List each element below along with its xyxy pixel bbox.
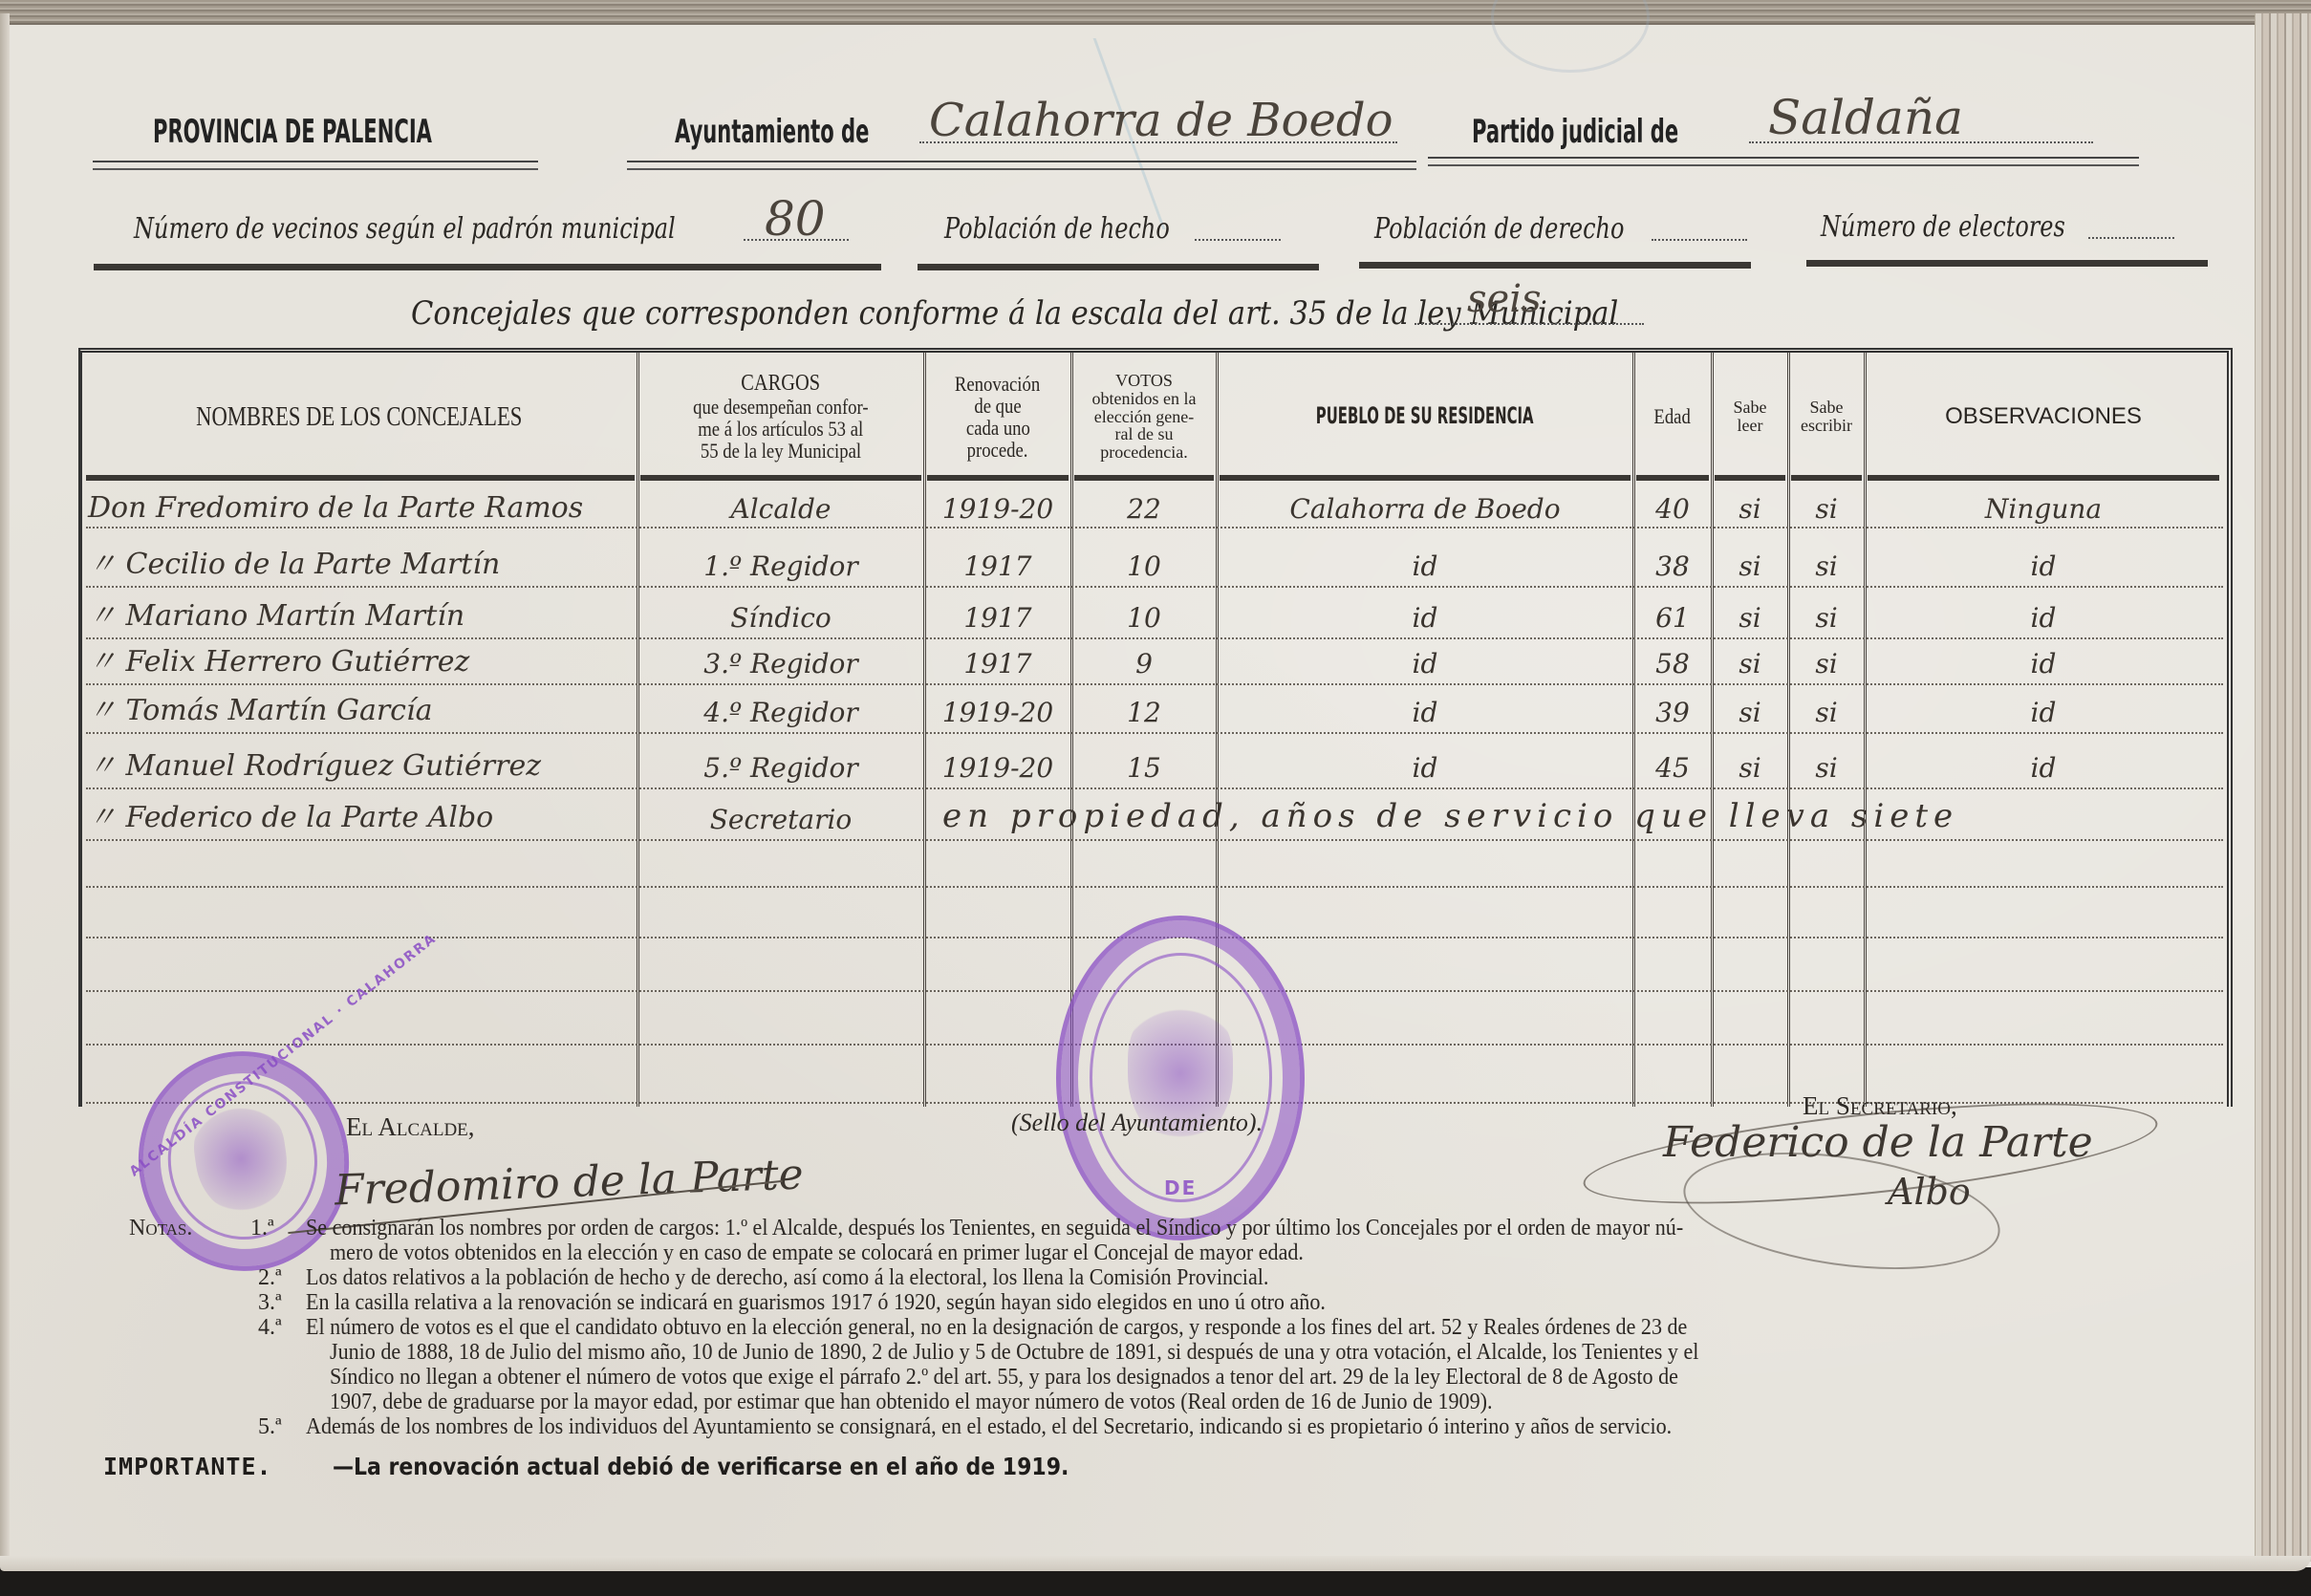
book-top-edge — [0, 0, 2311, 25]
note-line: Se consignarán los nombres por orden de … — [306, 1216, 1683, 1240]
cell-edad: 45 — [1634, 740, 1711, 789]
cell-votos: 10 — [1072, 538, 1216, 588]
ayuntamiento-label: Ayuntamiento de — [675, 113, 869, 151]
cell-nombre: 〃 Tomás Martín García — [88, 684, 635, 734]
header-nombres: NOMBRES DE LOS CONCEJALES — [82, 360, 637, 473]
alcalde-signature: Fredomiro de la Parte — [334, 1150, 804, 1215]
poblacion-derecho-field[interactable] — [1652, 239, 1747, 241]
cell-leer: si — [1713, 636, 1787, 685]
poblacion-hecho-label: Población de hecho — [944, 212, 1170, 246]
cell-leer: si — [1713, 684, 1787, 734]
note-line: Los datos relativos a la población de he… — [306, 1265, 1268, 1290]
ayuntamiento-underline — [627, 161, 1416, 170]
header-votos-line: obtenidos en la — [1092, 390, 1197, 408]
note-line: mero de votos obtenidos en la elección y… — [330, 1240, 1304, 1265]
concejales-value: seis — [1467, 277, 1542, 321]
poblacion-derecho-rule — [1359, 262, 1751, 269]
cell-edad: 58 — [1634, 636, 1711, 685]
cell-escribir: si — [1789, 740, 1864, 789]
cell-pueblo: id — [1218, 538, 1632, 588]
header-votos-line: procedencia. — [1100, 443, 1187, 462]
cell-leer: si — [1713, 590, 1787, 639]
cell-edad: 39 — [1634, 684, 1711, 734]
notes-label: Notas. — [129, 1216, 192, 1240]
cell-observaciones: id — [1866, 636, 2221, 685]
cell-pueblo: id — [1218, 636, 1632, 685]
cell-escribir: si — [1789, 538, 1864, 588]
header-pueblo: PUEBLO DE SU RESIDENCIA — [1218, 360, 1632, 473]
cell-cargo: Secretario — [638, 791, 923, 841]
cell-votos: 10 — [1072, 590, 1216, 639]
cell-observaciones: id — [1866, 684, 2221, 734]
page-bottom-edge — [0, 1556, 2311, 1571]
ayuntamiento-value: Calahorra de Boedo — [929, 94, 1393, 147]
header-sabe-escribir: Sabe escribir — [1789, 360, 1864, 473]
note-line: Junio de 1888, 18 de Julio del mismo año… — [330, 1340, 1698, 1365]
concejales-label: Concejales que corresponden conforme á l… — [411, 294, 1618, 333]
cell-nombre: 〃 Federico de la Parte Albo — [88, 791, 635, 841]
partido-underline — [1428, 157, 2139, 166]
cell-leer: si — [1713, 538, 1787, 588]
header-escribir-line: escribir — [1801, 417, 1852, 435]
cell-observaciones: id — [1866, 590, 2221, 639]
note-line: Síndico no llegan a obtener el número de… — [330, 1365, 1678, 1390]
header-edad-label: Edad — [1654, 405, 1691, 427]
cell-escribir: si — [1789, 590, 1864, 639]
cell-renovacion: 1919-20 — [925, 740, 1070, 789]
cell-leer: si — [1713, 481, 1787, 530]
note-line: Además de los nombres de los individuos … — [306, 1414, 1672, 1439]
cell-nombre: 〃 Manuel Rodríguez Gutiérrez — [88, 740, 635, 789]
header-cargos-line: que desempeñan confor- — [693, 396, 868, 418]
important-label: IMPORTANTE. — [103, 1455, 272, 1479]
header-cargos-line: 55 de la ley Municipal — [701, 440, 861, 462]
vecinos-rule — [94, 264, 881, 270]
header-pueblo-label: PUEBLO DE SU RESIDENCIA — [1316, 404, 1534, 428]
header-votos-title: VOTOS — [1115, 372, 1173, 390]
cell-nombre: 〃 Mariano Martín Martín — [88, 590, 635, 639]
header-sabe-leer: Sabe leer — [1713, 360, 1787, 473]
cell-votos: 15 — [1072, 740, 1216, 789]
important-text: —La renovación actual debió de verificar… — [333, 1455, 1069, 1479]
faint-stamp-top — [1491, 0, 1650, 73]
cell-observaciones: id — [1866, 538, 2221, 588]
note-line: El número de votos es el que el candidat… — [306, 1315, 1687, 1340]
header-observaciones-label: OBSERVACIONES — [1945, 404, 2142, 428]
header-leer-line: Sabe — [1734, 399, 1767, 417]
sello-label: (Sello del Ayuntamiento). — [1011, 1109, 1263, 1137]
cell-cargo: 3.º Regidor — [638, 636, 923, 685]
cell-votos: 12 — [1072, 684, 1216, 734]
book-right-edge — [2255, 13, 2311, 1562]
header-renovacion-line: de que — [974, 395, 1021, 417]
cell-votos: 9 — [1072, 636, 1216, 685]
cell-renovacion: 1919-20 — [925, 684, 1070, 734]
cell-escribir: si — [1789, 684, 1864, 734]
cell-cargo: Síndico — [638, 590, 923, 639]
cell-cargo: 5.º Regidor — [638, 740, 923, 789]
alcalde-label: El Alcalde, — [346, 1112, 475, 1142]
provincia-underline — [93, 161, 538, 170]
note-line: 1907, debe de graduarse por la mayor eda… — [330, 1390, 1492, 1414]
cell-pueblo: id — [1218, 684, 1632, 734]
header-renovacion-line: procede. — [967, 439, 1028, 461]
cell-renovacion: 1917 — [925, 538, 1070, 588]
header-leer-line: leer — [1738, 417, 1763, 435]
cell-nombre: 〃 Cecilio de la Parte Martín — [88, 538, 635, 588]
header-renovacion-line: cada uno — [966, 417, 1030, 439]
vecinos-label: Número de vecinos según el padrón munici… — [134, 212, 676, 246]
cell-pueblo: id — [1218, 740, 1632, 789]
row-rule — [86, 886, 2223, 888]
cell-pueblo: id — [1218, 590, 1632, 639]
cell-observaciones: Ninguna — [1866, 481, 2221, 530]
partido-label: Partido judicial de — [1472, 113, 1678, 151]
cell-renovacion: 1917 — [925, 590, 1070, 639]
header-cargos-line: me á los artículos 53 al — [699, 418, 864, 440]
secretario-note: en propiedad, años de servicio que lleva… — [942, 791, 1994, 841]
cell-observaciones: id — [1866, 740, 2221, 789]
cell-escribir: si — [1789, 481, 1864, 530]
note-number: 5.ª — [258, 1414, 282, 1439]
cell-votos: 22 — [1072, 481, 1216, 530]
note-line: En la casilla relativa a la renovación s… — [306, 1290, 1326, 1315]
electores-rule — [1806, 260, 2208, 267]
electores-field[interactable] — [2088, 237, 2174, 239]
cell-cargo: Alcalde — [638, 481, 923, 530]
note-number: 4.ª — [258, 1315, 282, 1340]
vecinos-value: 80 — [765, 191, 826, 247]
cell-leer: si — [1713, 740, 1787, 789]
poblacion-hecho-rule — [918, 264, 1319, 270]
cell-nombre: Don Fredomiro de la Parte Ramos — [88, 481, 635, 530]
partido-value: Saldaña — [1768, 90, 1963, 145]
poblacion-derecho-label: Población de derecho — [1374, 212, 1624, 246]
ayuntamiento-stamp: DE — [1056, 916, 1305, 1240]
cell-cargo: 1.º Regidor — [638, 538, 923, 588]
cell-escribir: si — [1789, 636, 1864, 685]
header-edad: Edad — [1634, 360, 1711, 473]
header-observaciones: OBSERVACIONES — [1866, 360, 2221, 473]
poblacion-hecho-field[interactable] — [1195, 239, 1281, 241]
note-number: 2.ª — [258, 1265, 282, 1290]
header-nombres-label: NOMBRES DE LOS CONCEJALES — [196, 402, 522, 431]
header-escribir-line: Sabe — [1810, 399, 1844, 417]
cell-nombre: 〃 Felix Herrero Gutiérrez — [88, 636, 635, 685]
note-number: 3.ª — [258, 1290, 282, 1315]
header-cargos: CARGOS que desempeñan confor- me á los a… — [638, 360, 923, 473]
header-renovacion-line: Renovación — [955, 373, 1040, 395]
stamp-text-de: DE — [1164, 1176, 1197, 1199]
cell-cargo: 4.º Regidor — [638, 684, 923, 734]
header-votos-line: elección gene- — [1094, 408, 1194, 426]
header-cargos-title: CARGOS — [742, 372, 821, 396]
provincia-label: PROVINCIA DE PALENCIA — [153, 113, 432, 151]
concejales-field — [1415, 323, 1644, 325]
header-renovacion: Renovación de que cada uno procede. — [925, 360, 1070, 473]
cell-renovacion: 1919-20 — [925, 481, 1070, 530]
document-page: PROVINCIA DE PALENCIA Ayuntamiento de Ca… — [0, 0, 2311, 1567]
note-number: 1.ª — [250, 1216, 274, 1240]
electores-label: Número de electores — [1821, 210, 2065, 244]
cell-edad: 38 — [1634, 538, 1711, 588]
header-votos-line: ral de su — [1115, 425, 1174, 443]
cell-renovacion: 1917 — [925, 636, 1070, 685]
cell-edad: 61 — [1634, 590, 1711, 639]
cell-pueblo: Calahorra de Boedo — [1218, 481, 1632, 530]
header-votos: VOTOS obtenidos en la elección gene- ral… — [1072, 360, 1216, 473]
book-left-edge — [0, 13, 10, 1562]
cell-edad: 40 — [1634, 481, 1711, 530]
